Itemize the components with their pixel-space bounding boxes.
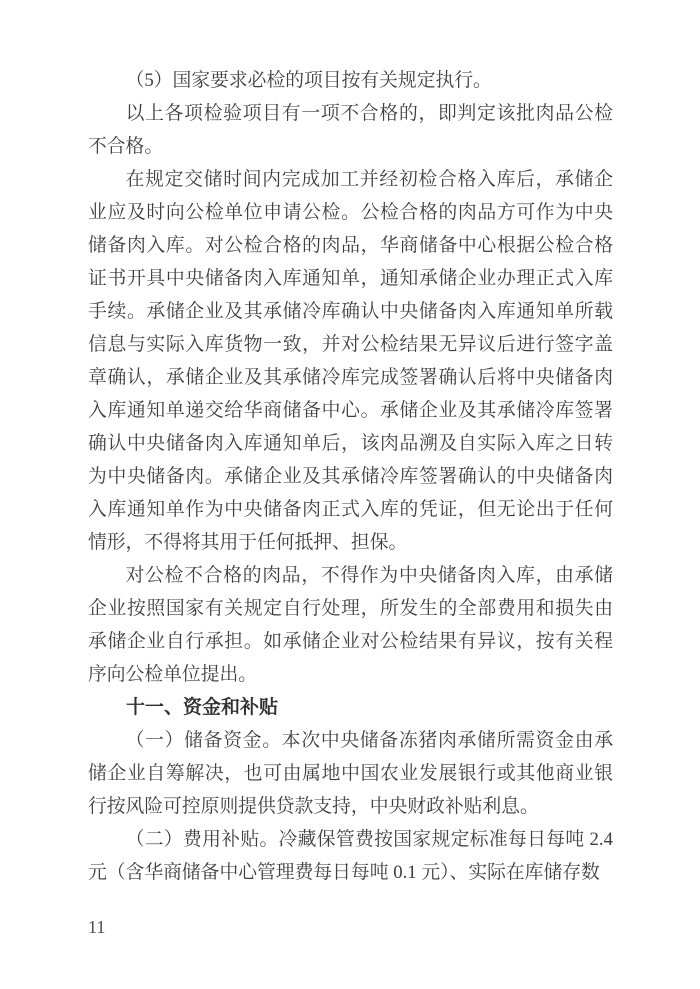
paragraph-failed-meat-handling: 对公检不合格的肉品，不得作为中央储备肉入库，由承储企业按照国家有关规定自行处理，… xyxy=(88,559,613,691)
paragraph-warehouse-entry-procedure: 在规定交储时间内完成加工并经初检合格入库后，承储企业应及时向公检单位申请公检。公… xyxy=(88,163,613,559)
page-number: 11 xyxy=(88,917,105,937)
section-heading-funds-and-subsidies: 十一、资金和补贴 xyxy=(88,691,613,724)
paragraph-reserve-funds: （一）储备资金。本次中央储备冻猪肉承储所需资金由承储企业自筹解决，也可由属地中国… xyxy=(88,724,613,823)
paragraph-inspection-fail-rule: 以上各项检验项目有一项不合格的，即判定该批肉品公检不合格。 xyxy=(88,97,613,163)
document-body: （5）国家要求必检的项目按有关规定执行。 以上各项检验项目有一项不合格的，即判定… xyxy=(88,64,613,889)
document-page: （5）国家要求必检的项目按有关规定执行。 以上各项检验项目有一项不合格的，即判定… xyxy=(0,0,700,989)
paragraph-item-5: （5）国家要求必检的项目按有关规定执行。 xyxy=(88,64,613,97)
paragraph-fee-subsidy: （二）费用补贴。冷藏保管费按国家规定标准每日每吨 2.4 元（含华商储备中心管理… xyxy=(88,823,613,889)
